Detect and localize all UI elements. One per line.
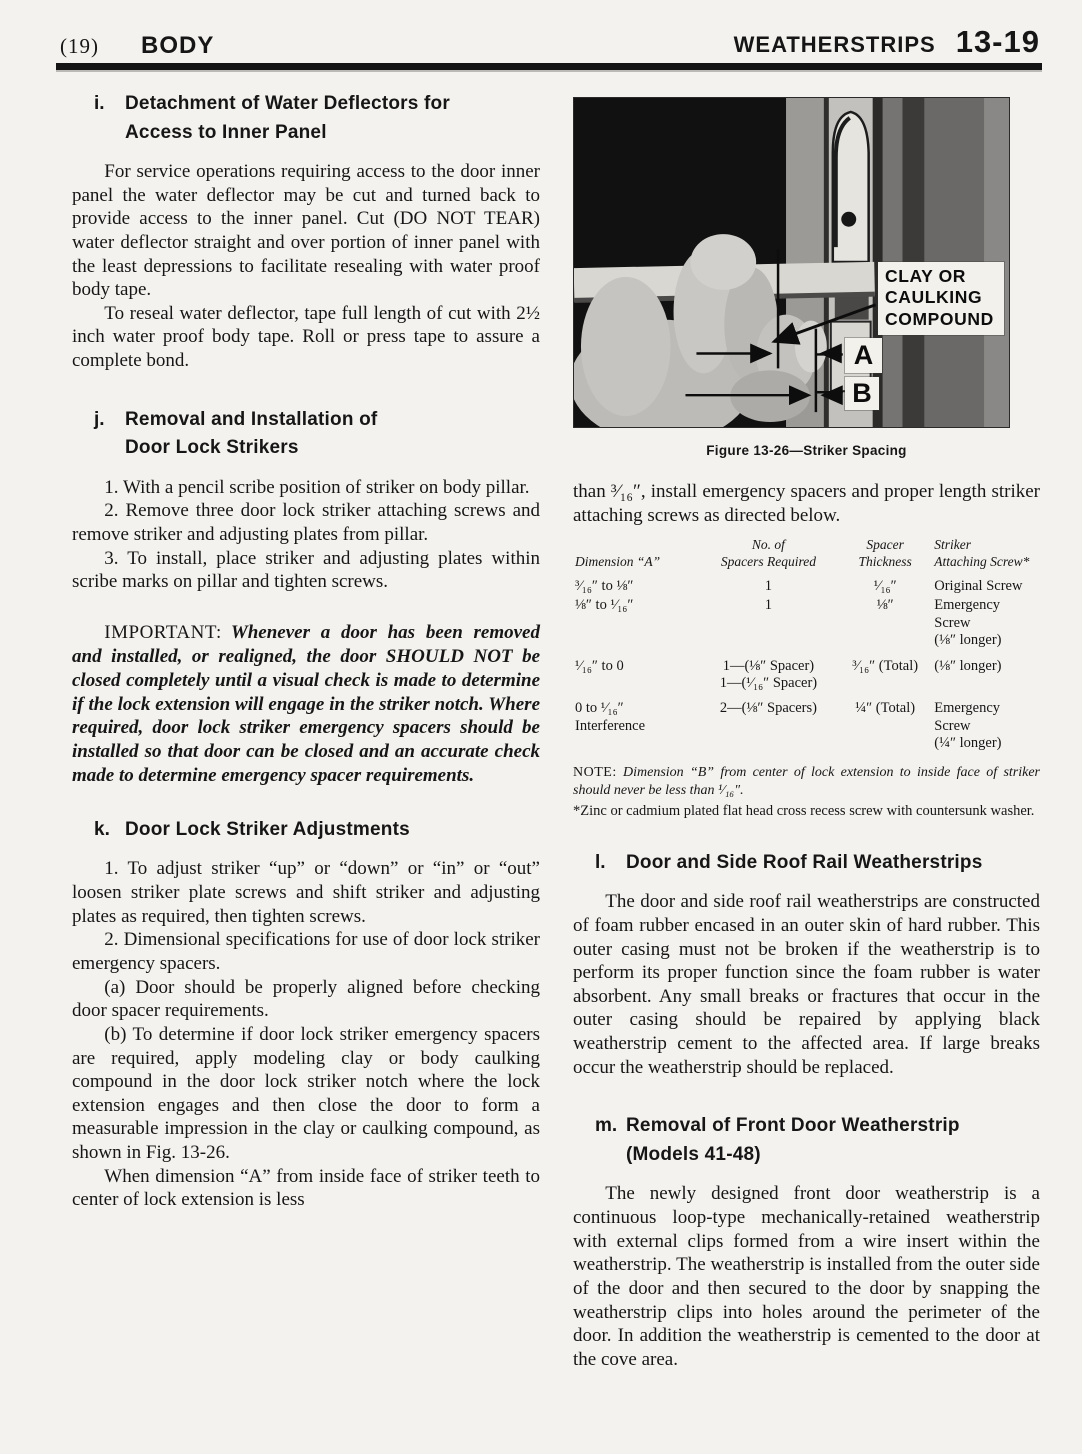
left-column: i. Detachment of Water Deflectors for Ac… — [72, 90, 540, 1212]
table-cell: Emergency Screw (⅛″ longer) — [932, 596, 1040, 650]
section-letter: m. — [595, 1112, 626, 1169]
dimension-a-label: A — [845, 338, 882, 373]
table-cell: 1 — [699, 596, 838, 650]
section-title: Removal and Installation of Door Lock St… — [125, 406, 377, 463]
table-cell: ¹⁄₁₆″ to 0 — [573, 651, 699, 694]
manual-page: (19) BODY WEATHERSTRIPS 13-19 i. Detachm… — [0, 0, 1082, 1454]
important-note: IMPORTANT:Whenever a door has been remov… — [72, 621, 540, 788]
section-letter: j. — [94, 406, 125, 463]
important-text: Whenever a door has been removed and ins… — [72, 622, 540, 786]
section-letter: i. — [94, 90, 125, 147]
table-cell: (⅛″ longer) — [932, 651, 1040, 694]
col-header-spacers-required: No. of Spacers Required — [699, 537, 838, 577]
table-header-row: Dimension “A” No. of Spacers Required Sp… — [573, 537, 1040, 577]
table-cell: ¹⁄₁₆″ — [838, 577, 932, 596]
col-header-spacer-thickness: Spacer Thickness — [838, 537, 932, 577]
striker-spacer-table: Dimension “A” No. of Spacers Required Sp… — [573, 537, 1040, 753]
table-cell: ⅛″ — [838, 596, 932, 650]
table-row: ¹⁄₁₆″ to 0 1—(⅛″ Spacer) 1—(¹⁄₁₆″ Spacer… — [573, 651, 1040, 694]
section-heading-i: i. Detachment of Water Deflectors for Ac… — [94, 90, 540, 147]
paragraph: To reseal water deflector, tape full len… — [72, 302, 540, 373]
table-cell: ⅛″ to ¹⁄₁₆″ — [573, 596, 699, 650]
step-paragraph: 2. Dimensional specifications for use of… — [72, 928, 540, 975]
figure-caption: Figure 13-26—Striker Spacing — [573, 443, 1040, 458]
section-heading-k: k. Door Lock Striker Adjustments — [94, 816, 540, 845]
table-row: 0 to ¹⁄₁₆″ Interference 2—(⅛″ Spacers) ¼… — [573, 693, 1040, 753]
section-title: Door Lock Striker Adjustments — [125, 816, 410, 845]
table-cell: 0 to ¹⁄₁₆″ Interference — [573, 693, 699, 753]
table-cell: Original Screw — [932, 577, 1040, 596]
clay-caulking-label: CLAY OR CAULKING COMPOUND — [878, 262, 1004, 335]
note-text: Dimension “B” from center of lock extens… — [573, 765, 1040, 798]
header-right: WEATHERSTRIPS 13-19 — [734, 24, 1040, 60]
table-cell: 1 — [699, 577, 838, 596]
header-rule — [56, 63, 1042, 70]
header-left: (19) BODY — [60, 32, 214, 60]
paragraph: The newly designed front door weatherstr… — [573, 1182, 1040, 1371]
table-cell: Emergency Screw (¼″ longer) — [932, 693, 1040, 753]
paragraph: When dimension “A” from inside face of s… — [72, 1165, 540, 1212]
header-section-weatherstrips: WEATHERSTRIPS — [734, 32, 936, 58]
table-note: NOTE: Dimension “B” from center of lock … — [573, 764, 1040, 800]
table-cell: ³⁄₁₆″ to ⅛″ — [573, 577, 699, 596]
figure-13-26-photo: CLAY OR CAULKING COMPOUND A B — [573, 97, 1010, 428]
step-paragraph: 1. To adjust striker “up” or “down” or “… — [72, 857, 540, 928]
page-header: (19) BODY WEATHERSTRIPS 13-19 — [60, 26, 1040, 60]
page-number: 13-19 — [956, 24, 1040, 60]
paragraph: For service operations requiring access … — [72, 160, 540, 302]
section-title: Detachment of Water Deflectors for Acces… — [125, 90, 450, 147]
paragraph: The door and side roof rail weatherstrip… — [573, 890, 1040, 1079]
step-paragraph: 3. To install, place striker and adjusti… — [72, 547, 540, 594]
note-label: NOTE: — [573, 765, 617, 780]
section-heading-m: m. Removal of Front Door Weatherstrip (M… — [595, 1112, 1040, 1169]
step-paragraph: 2. Remove three door lock striker attach… — [72, 499, 540, 546]
table-row: ³⁄₁₆″ to ⅛″ 1 ¹⁄₁₆″ Original Screw — [573, 577, 1040, 596]
header-section-body: BODY — [141, 32, 214, 60]
table-cell: ¼″ (Total) — [838, 693, 932, 753]
section-heading-l: l. Door and Side Roof Rail Weatherstrips — [595, 849, 1040, 878]
section-title: Door and Side Roof Rail Weatherstrips — [626, 849, 983, 878]
step-paragraph: (a) Door should be properly aligned befo… — [72, 976, 540, 1023]
table-row: ⅛″ to ¹⁄₁₆″ 1 ⅛″ Emergency Screw (⅛″ lon… — [573, 596, 1040, 650]
paragraph-continued: than ³⁄₁₆″, install emergency spacers an… — [573, 480, 1040, 527]
step-paragraph: (b) To determine if door lock striker em… — [72, 1023, 540, 1165]
important-label: IMPORTANT: — [104, 622, 222, 643]
section-letter: k. — [94, 816, 125, 845]
col-header-dimension-a: Dimension “A” — [573, 537, 699, 577]
dimension-b-label: B — [845, 377, 879, 410]
table-footnote: *Zinc or cadmium plated flat head cross … — [573, 802, 1040, 821]
section-title: Removal of Front Door Weatherstrip (Mode… — [626, 1112, 960, 1169]
table-cell: ³⁄₁₆″ (Total) — [838, 651, 932, 694]
step-paragraph: 1. With a pencil scribe position of stri… — [72, 476, 540, 500]
col-header-attaching-screw: Striker Attaching Screw* — [932, 537, 1040, 577]
section-heading-j: j. Removal and Installation of Door Lock… — [94, 406, 540, 463]
section-letter: l. — [595, 849, 626, 878]
right-column: CLAY OR CAULKING COMPOUND A B Figure 13-… — [573, 97, 1040, 1372]
table-cell: 2—(⅛″ Spacers) — [699, 693, 838, 753]
table-cell: 1—(⅛″ Spacer) 1—(¹⁄₁₆″ Spacer) — [699, 651, 838, 694]
page-ref: (19) — [60, 34, 99, 59]
